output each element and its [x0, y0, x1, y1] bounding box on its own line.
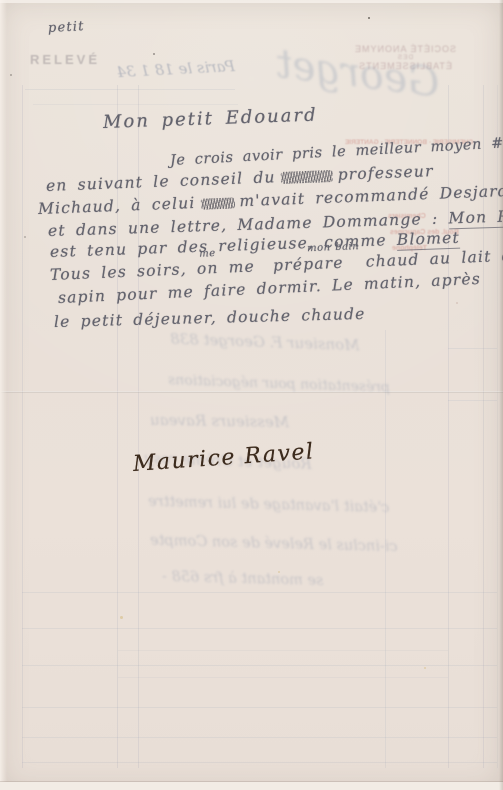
bleedthrough-handwriting-line: Monsieur F. Georget 838 [170, 330, 360, 355]
grid-hline [33, 104, 238, 105]
speck [153, 53, 155, 55]
grid-hline [22, 628, 497, 629]
grid-hline [25, 89, 235, 90]
stain [120, 616, 123, 619]
grid-hline [448, 400, 497, 401]
letter-line-text: en suivant le conseil du [46, 168, 276, 195]
grid-hline [22, 592, 497, 593]
letter-scan-page: RELEVÉ Paris le 18 1 34 SOCIÉTÉ ANONYME … [0, 0, 503, 790]
grid-hline [22, 737, 497, 738]
grid-hline [22, 762, 497, 763]
grid-hline [118, 650, 448, 651]
stain [278, 571, 280, 573]
scan-edge-right [499, 0, 503, 790]
stain [456, 302, 458, 304]
bleedthrough-handwriting-line: ci-inclus le Relevé de son Compte [150, 533, 398, 555]
speck [24, 236, 26, 238]
grid-hline [118, 677, 448, 678]
scan-edge-top [0, 0, 503, 3]
crossed-out-word [200, 197, 234, 209]
crossed-out-word [280, 170, 332, 184]
letter-line-text: Michaud, à celui [38, 194, 196, 218]
stain [424, 667, 426, 669]
letter-line-text: professeur [337, 162, 434, 184]
salutation: Mon petit Edouard [103, 105, 318, 133]
letter-line: Je crois avoir pris le meilleur moyen # [170, 136, 503, 169]
interline-insertion: me [199, 248, 216, 260]
speck [368, 17, 370, 19]
underlined-text: Blomet [397, 229, 461, 251]
bleedthrough-handwriting-line: c'était l'avantage de lui remettre [148, 494, 390, 516]
bleedthrough-handwriting-line: se montant à frs 658 - [162, 569, 324, 589]
grid-hline [22, 707, 497, 708]
bleedthrough-handwriting-line: Messieurs Raveau [150, 411, 289, 431]
letter-line-text: prépare [273, 254, 344, 275]
underlined-text: Mon Repos [448, 206, 503, 229]
pencil-note: petit [48, 19, 85, 36]
grid-hline [22, 665, 497, 666]
speck [10, 74, 12, 76]
fold-crease [0, 391, 503, 393]
grid-hline [448, 348, 497, 349]
interline-insertion: mon bain [307, 241, 360, 254]
scan-edge-bottom [0, 781, 503, 790]
letter-line-text: Tous les soirs, on me [50, 257, 256, 284]
letter-line: le petit déjeuner, douche chaude [54, 305, 366, 331]
scan-edge-left [0, 0, 7, 790]
